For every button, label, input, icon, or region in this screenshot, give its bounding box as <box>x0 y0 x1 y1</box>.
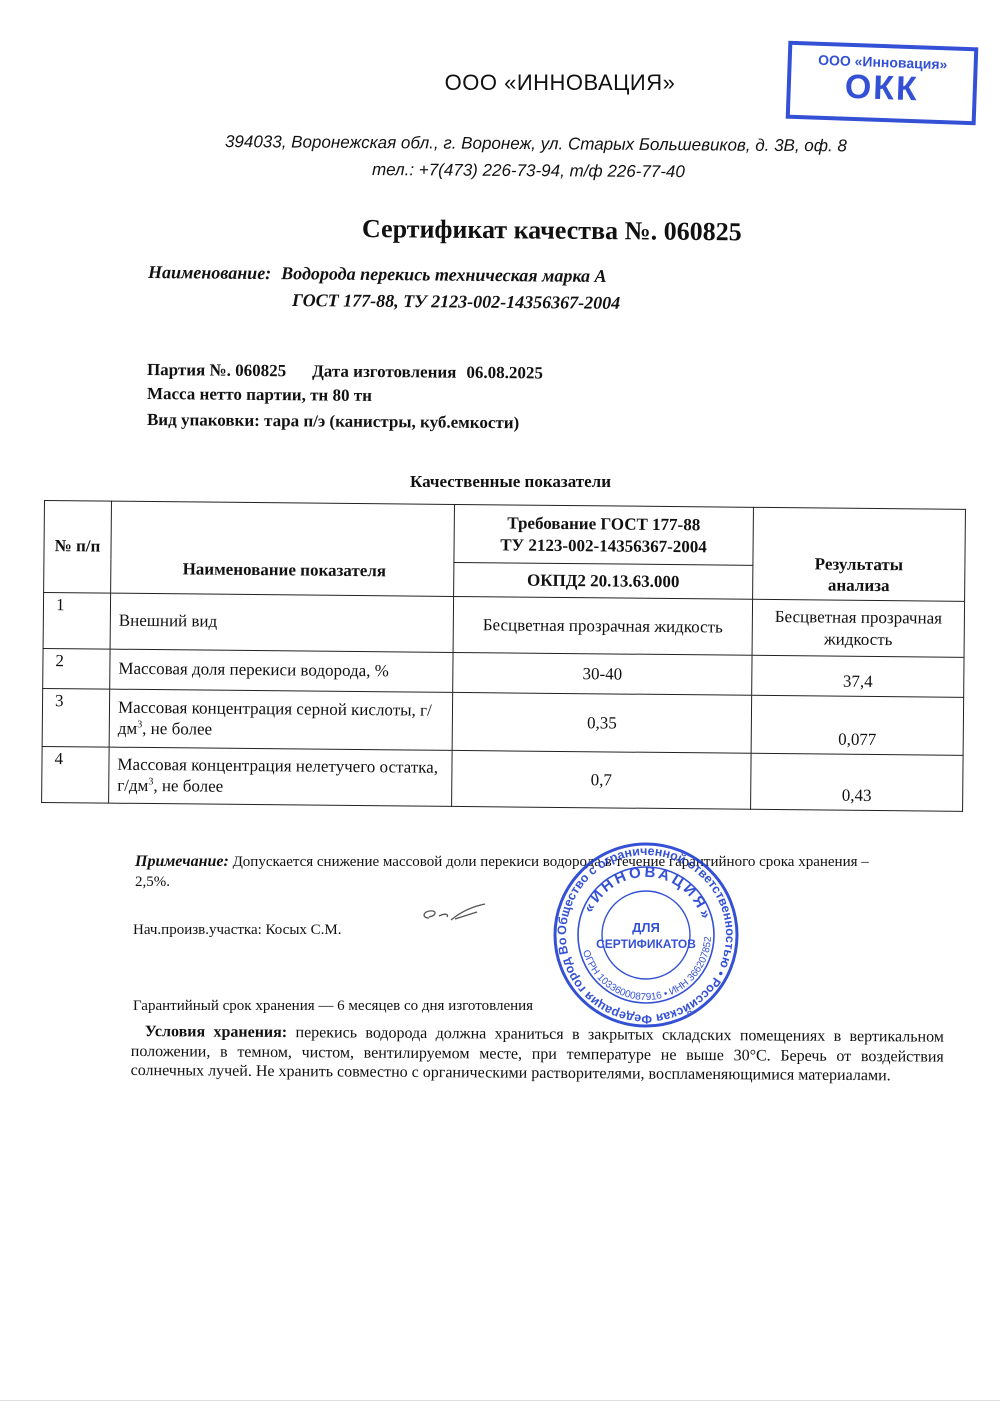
row-number: 3 <box>42 688 110 747</box>
seal-center-line2: СЕРТИФИКАТОВ <box>596 937 696 951</box>
header-number: № п/п <box>44 501 112 594</box>
row-number: 4 <box>42 746 110 803</box>
note: Примечание: Допускается снижение массово… <box>135 852 895 892</box>
row-number: 1 <box>43 593 111 650</box>
header-results: Результаты анализа <box>753 507 966 601</box>
certificate-title: Сертификат качества №. 060825 <box>362 214 742 247</box>
header-requirement-gost: Требование ГОСТ 177-88 <box>459 512 749 536</box>
quality-table-body: 1Внешний видБесцветная прозрачная жидкос… <box>42 593 965 812</box>
product-standard: ГОСТ 177-88, ТУ 2123-002-14356367-2004 <box>292 290 620 314</box>
packaging-type: Вид упаковки: тара п/э (канистры, куб.ем… <box>147 410 519 433</box>
table-row: 1Внешний видБесцветная прозрачная жидкос… <box>43 593 964 658</box>
requirement-value: 0,7 <box>452 750 752 809</box>
okk-stamp: ООО «Инновация» ОКК <box>786 41 979 126</box>
header-requirement-tu: ТУ 2123-002-14356367-2004 <box>458 533 748 557</box>
header-indicator-name: Наименование показателя <box>111 501 455 596</box>
indicator-name-suffix: , не более <box>142 718 212 738</box>
indicator-name-text: Массовая доля перекиси водорода, % <box>118 659 389 681</box>
signer: Нач.произв.участка: Косых С.М. <box>133 922 342 939</box>
header-okpd-code: ОКПД2 20.13.63.000 <box>454 562 753 599</box>
table-row: 3Массовая концентрация серной кислоты, г… <box>42 688 964 755</box>
requirement-value: 0,35 <box>452 692 752 753</box>
indicator-name: Массовая концентрация нелетучего остатка… <box>109 747 453 806</box>
product-label: Наименование: <box>148 262 271 283</box>
warranty-period: Гарантийный срок хранения — 6 месяцев со… <box>133 998 533 1015</box>
requirement-value: Бесцветная прозрачная жидкость <box>453 596 753 655</box>
result-value: 37,4 <box>752 655 964 697</box>
header-results-line1: Результаты <box>757 552 960 575</box>
organization-phone: тел.: +7(473) 226-73-94, т/ф 226-77-40 <box>372 160 685 182</box>
batch-info: Партия №. 060825Дата изготовления06.08.2… <box>147 360 543 383</box>
table-row: 4Массовая концентрация нелетучего остатк… <box>42 746 963 811</box>
date-label: Дата изготовления <box>312 361 456 381</box>
okk-stamp-label: ОКК <box>790 67 973 111</box>
header-results-line2: анализа <box>757 574 960 597</box>
quality-indicators-title: Качественные показатели <box>410 472 611 492</box>
signature-icon <box>415 900 495 930</box>
net-mass: Масса нетто партии, тн 80 тн <box>147 384 372 406</box>
date-value: 06.08.2025 <box>466 363 543 383</box>
note-label: Примечание: <box>135 853 229 870</box>
product-value: Водорода перекись техническая марка А <box>281 263 607 286</box>
result-value: 0,077 <box>751 695 964 755</box>
product-name: Наименование:Водорода перекись техническ… <box>148 262 607 287</box>
storage-conditions: Условия хранения: перекись водорода долж… <box>131 1022 944 1086</box>
round-seal-icon: Общество с ограниченной ответственностью… <box>551 840 741 1030</box>
scan-edge-divider <box>0 1400 1000 1401</box>
indicator-name-text: Внешний вид <box>119 611 218 631</box>
indicator-name-suffix: , не более <box>153 776 223 796</box>
result-value: 0,43 <box>751 753 964 811</box>
indicator-name: Массовая концентрация серной кислоты, г/… <box>109 689 453 750</box>
indicator-name: Внешний вид <box>110 593 454 652</box>
indicator-name: Массовая доля перекиси водорода, % <box>110 649 453 692</box>
note-text: Допускается снижение массовой доли перек… <box>135 854 869 890</box>
quality-table: № п/п Наименование показателя Требование… <box>41 500 966 812</box>
requirement-value: 30-40 <box>453 652 752 695</box>
seal-center-line1: ДЛЯ <box>632 920 660 935</box>
organization-address: 394033, Воронежская обл., г. Воронеж, ул… <box>225 132 847 156</box>
batch-number: Партия №. 060825 <box>147 360 286 380</box>
storage-label: Условия хранения: <box>145 1023 287 1041</box>
header-requirement: Требование ГОСТ 177-88 ТУ 2123-002-14356… <box>454 504 754 565</box>
row-number: 2 <box>43 648 110 689</box>
result-value: Бесцветная прозрачная жидкость <box>752 599 965 657</box>
